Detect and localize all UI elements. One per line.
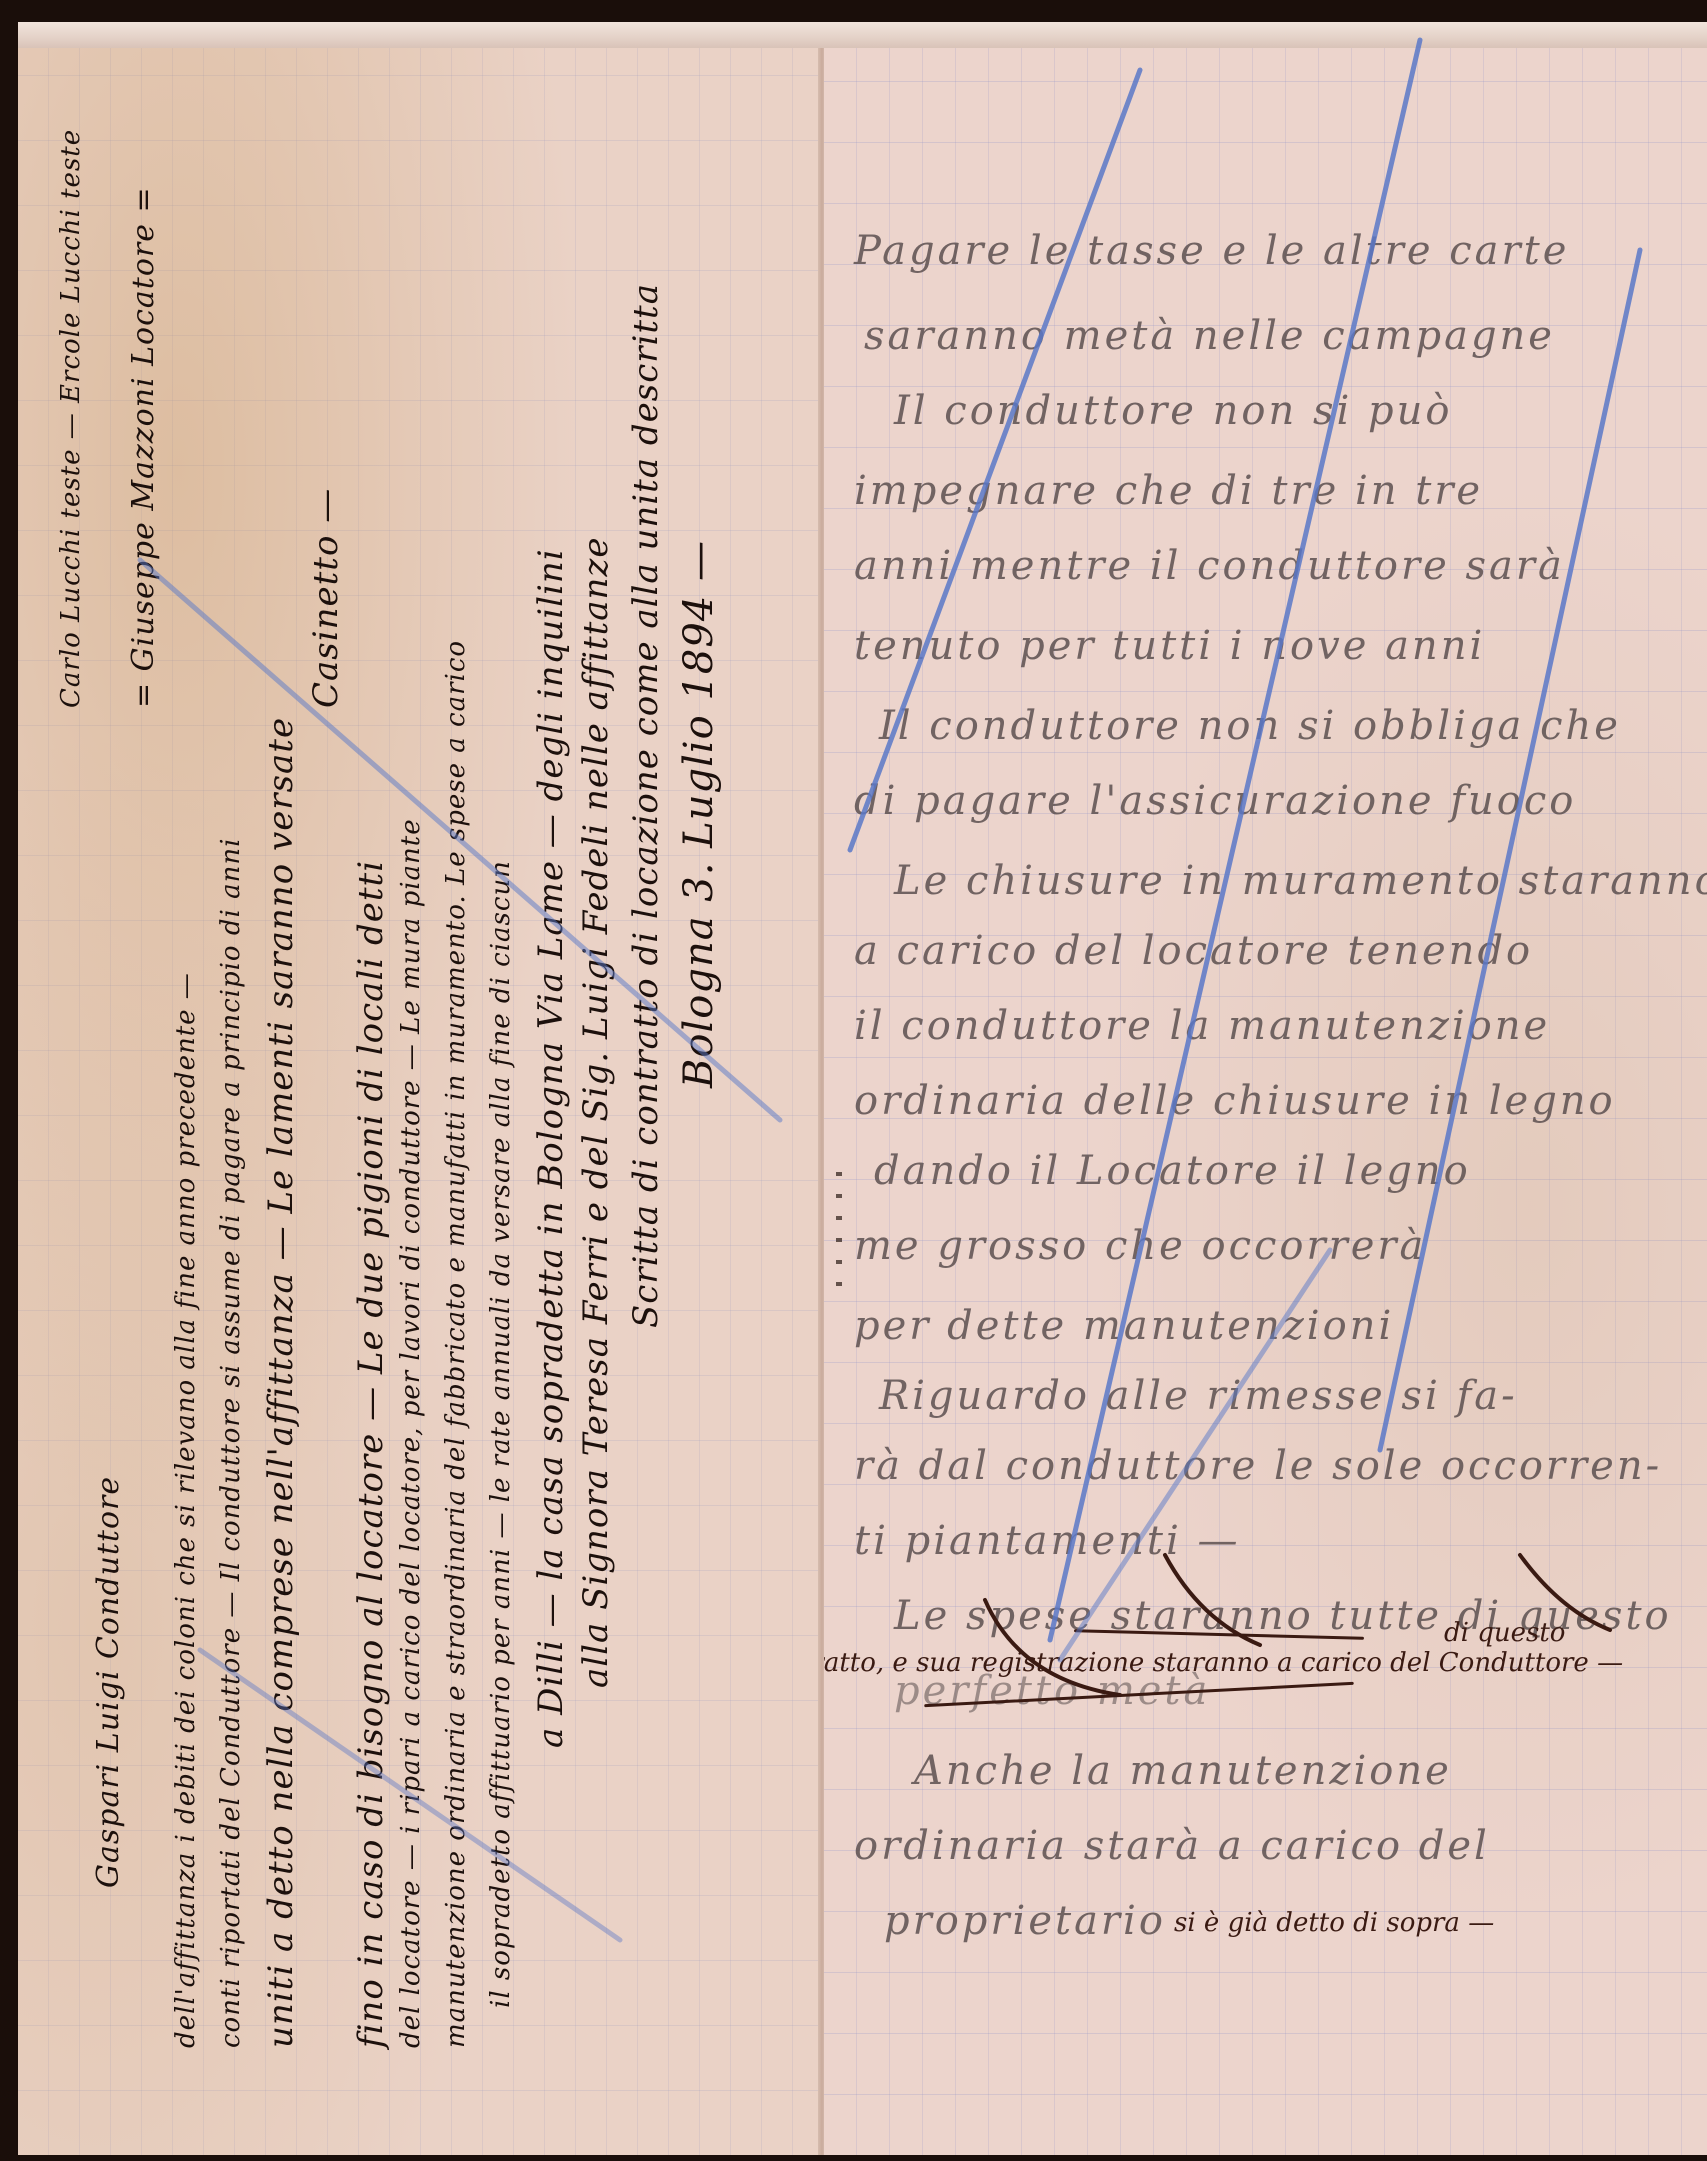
letter-line: a Dilli — la casa sopradetta in Bologna … <box>531 548 571 1748</box>
pencil-line: il conduttore la manutenzione <box>854 1003 1550 1049</box>
pencil-line: per dette manutenzioni <box>854 1303 1394 1349</box>
letter-line: Scritta di contratto di locazione come a… <box>626 283 666 1328</box>
signature-witnesses: Carlo Lucchi teste — Ercole Lucchi teste <box>56 129 86 708</box>
ink-insertion-gia-detto: si è già detto di sopra — <box>1174 1908 1494 1938</box>
pencil-line: tenuto per tutti i nove anni <box>854 623 1485 669</box>
pencil-line: me grosso che occorrerà <box>854 1223 1426 1269</box>
pencil-line: ordinaria delle chiusure in legno <box>854 1078 1616 1124</box>
pencil-line: Anche la manutenzione <box>914 1748 1452 1794</box>
pencil-line: ordinaria starà a carico del <box>854 1823 1490 1869</box>
signature-locatore: = Giuseppe Mazzoni Locatore = <box>126 186 161 708</box>
notebook-top-edge <box>18 22 1707 49</box>
letter-line: conti riportati del Conduttore — Il cond… <box>216 838 246 2048</box>
left-page-rotated-text: Bologna 3. Luglio 1894 — Scritta di cont… <box>36 108 816 2108</box>
pencil-line: anni mentre il conduttore sarà <box>854 543 1565 589</box>
pencil-line: di pagare l'assicurazione fuoco <box>854 778 1576 824</box>
letter-line: manutenzione ordinaria e straordinaria d… <box>441 640 471 2048</box>
signature-conduttore: Gaspari Luigi Conduttore <box>91 1476 126 1888</box>
letter-line: alla Signora Teresa Ferri e del Sig. Lui… <box>576 537 616 1689</box>
pencil-line: Pagare le tasse e le altre carte <box>854 228 1569 274</box>
pencil-line: impegnare che di tre in tre <box>854 468 1483 514</box>
letter-line: dell'affittanza i debiti dei coloni che … <box>171 972 201 2048</box>
pencil-line: dando il Locatore il legno <box>874 1148 1471 1194</box>
binding-holes <box>836 1172 842 1292</box>
letter-line: fino in caso di bisogno al locatore — Le… <box>351 860 391 2048</box>
letter-line: uniti a detto nella comprese nell'affitt… <box>261 717 301 2048</box>
left-page: Bologna 3. Luglio 1894 — Scritta di cont… <box>18 48 818 2155</box>
ink-insertion-contract-note: contratto, e sua registrazione staranno … <box>824 1648 1623 1678</box>
pencil-line: saranno metà nelle campagne <box>864 313 1555 359</box>
pencil-line: a carico del locatore tenendo <box>854 928 1533 974</box>
letter-line: del locatore — i ripari a carico del loc… <box>396 818 426 2048</box>
ink-insertion-di-questo: di questo <box>1444 1618 1565 1648</box>
pencil-line: proprietario <box>884 1898 1166 1944</box>
pencil-line: Il conduttore non si può <box>894 388 1452 434</box>
notebook-spread: Bologna 3. Luglio 1894 — Scritta di cont… <box>18 22 1707 2155</box>
right-page-text: Pagare le tasse e le altre carte saranno… <box>824 48 1707 2155</box>
letter-heading: Bologna 3. Luglio 1894 — <box>676 540 722 1088</box>
right-page: Pagare le tasse e le altre carte saranno… <box>824 48 1707 2155</box>
pencil-line: Riguardo alle rimesse si fa- <box>879 1373 1518 1419</box>
pencil-line: Le chiusure in muramento staranno <box>894 858 1707 904</box>
pencil-line: Il conduttore non si obbliga che <box>879 703 1621 749</box>
letter-line: Casinetto — <box>306 488 346 708</box>
pencil-line: rà dal conduttore le sole occorren- <box>854 1443 1662 1489</box>
pencil-line: ti piantamenti — <box>854 1518 1240 1564</box>
letter-line: il sopradetto affittuario per anni — le … <box>486 860 516 2008</box>
